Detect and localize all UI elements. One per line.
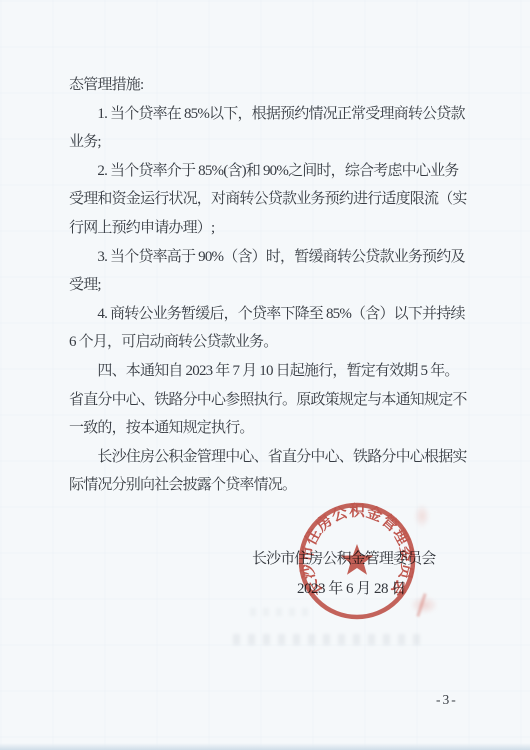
text-line: 省直分中心、铁路分中心参照执行。原政策规定与本通知规定不 [69, 386, 479, 415]
document-page: 态管理措施: 1. 当个贷率在 85%以下，根据预约情况正常受理商转公贷款业务;… [0, 0, 530, 750]
text-line: 长沙住房公积金管理中心、省直分中心、铁路分中心根据实 [69, 443, 479, 472]
text-line: 际情况分别向社会披露个贷率情况。 [69, 471, 479, 500]
page-number: -3- [436, 692, 458, 708]
scan-edge [0, 743, 530, 750]
text-line: 6 个月，可启动商转公贷款业务。 [69, 328, 479, 357]
text-line: 3. 当个贷率高于 90%（含）时，暂缓商转公贷款业务预约及 [69, 243, 479, 272]
document-body: 态管理措施: 1. 当个贷率在 85%以下，根据预约情况正常受理商转公贷款业务;… [69, 71, 479, 500]
text-line: 4. 商转公业务暂缓后，个贷率下降至 85%（含）以下并持续 [69, 300, 479, 329]
scan-artifact-ghost-text [233, 634, 423, 645]
text-line: 1. 当个贷率在 85%以下，根据预约情况正常受理商转公贷款 [69, 100, 479, 129]
star-icon [341, 544, 373, 575]
official-seal-stamp: 长沙市住房公积金管理委员会 [294, 498, 420, 624]
text-line: 业务; [69, 128, 479, 157]
text-line: 受理和资金运行状况，对商转公贷款业务预约进行适度限流（实 [69, 185, 479, 214]
text-line: 一致的，按本通知规定执行。 [69, 414, 479, 443]
text-line: 2. 当个贷率介于 85%(含)和 90%之间时，综合考虑中心业务 [69, 157, 479, 186]
text-line: 行网上预约申请办理）; [69, 214, 479, 243]
text-line: 态管理措施: [69, 71, 479, 100]
text-line: 四、本通知自 2023 年 7 月 10 日起施行，暂定有效期 5 年。 [69, 357, 479, 386]
text-line: 受理; [69, 271, 479, 300]
